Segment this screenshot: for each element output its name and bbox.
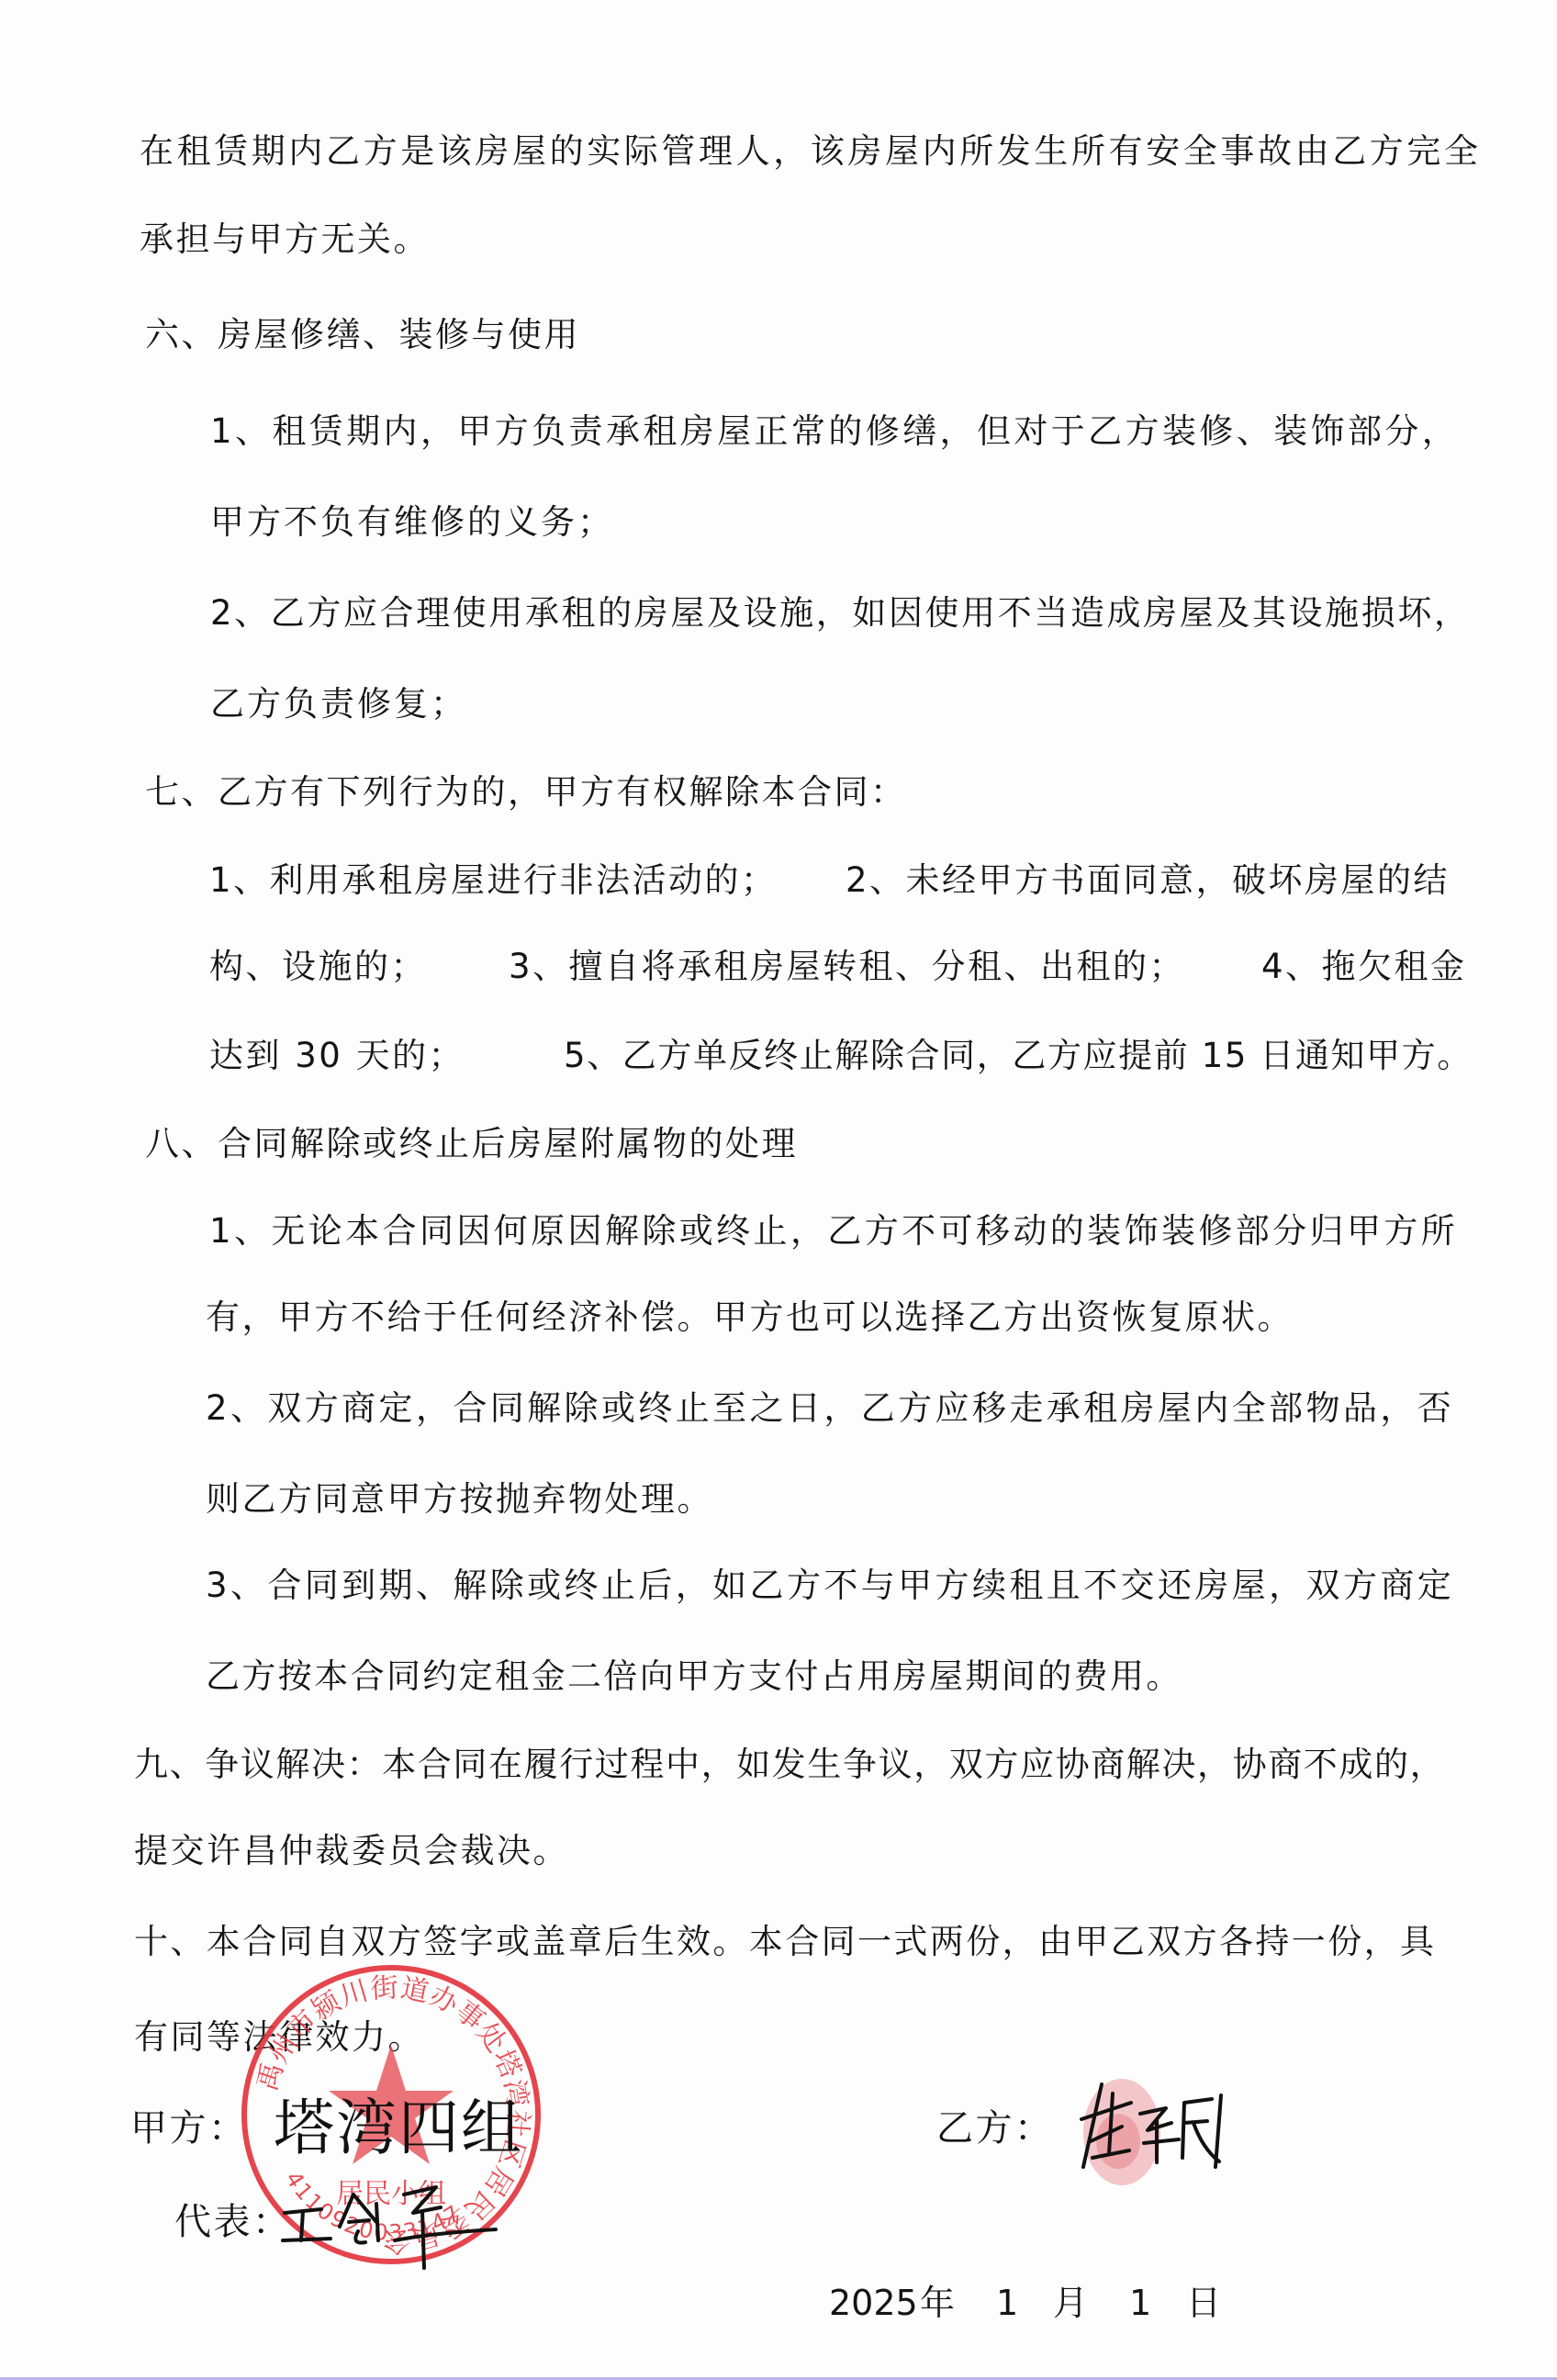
clause-item: 构、设施的； [209, 947, 427, 987]
party-a-label: 甲方： [130, 2106, 248, 2150]
section-heading: 六、房屋修缮、装修与使用 [145, 315, 580, 355]
clause-item: 4、拖欠租金 [1261, 947, 1467, 987]
paragraph-line: 1、租赁期内，甲方负责承租房屋正常的修缮，但对于乙方装修、装饰部分， [210, 411, 1459, 452]
date-year-unit: 年 [920, 2283, 955, 2323]
paragraph-line: 十、本合同自双方签字或盖章后生效。本合同一式两份，由甲乙双方各持一份，具 [134, 1922, 1436, 1962]
paragraph-line: 2、乙方应合理使用承租的房屋及设施，如因使用不当造成房屋及其设施损坏， [210, 593, 1471, 634]
paragraph-line: 1、无论本合同因何原因解除或终止，乙方不可移动的装饰装修部分归甲方所 [209, 1211, 1458, 1252]
paragraph-line: 达到 30 天的； 5、乙方单反终止解除合同，乙方应提前 15 日通知甲方。 [0, 1036, 1557, 1076]
representative-signature [266, 2176, 523, 2277]
section-heading: 七、乙方有下列行为的，甲方有权解除本合同： [145, 772, 907, 813]
section-heading: 八、合同解除或终止后房屋附属物的处理 [145, 1124, 798, 1164]
clause-item: 1、利用承租房屋进行非法活动的； [209, 860, 778, 901]
party-b-signature [1065, 2066, 1230, 2222]
paragraph-line: 提交许昌仲裁委员会裁决。 [134, 1831, 569, 1871]
date-year: 2025 [829, 2283, 918, 2323]
date-month: 1 [996, 2283, 1018, 2323]
clause-item: 5、乙方单反终止解除合同，乙方应提前 15 日通知甲方。 [564, 1036, 1473, 1076]
party-b-label: 乙方： [936, 2106, 1054, 2150]
paragraph-line: 承担与甲方无关。 [140, 219, 430, 260]
clause-item: 达到 30 天的； [209, 1036, 465, 1076]
paragraph-line: 九、争议解决：本合同在履行过程中，如发生争议，双方应协商解决，协商不成的， [134, 1745, 1445, 1785]
date-day-unit: 日 [1186, 2283, 1221, 2323]
paragraph-line: 构、设施的； 3、擅自将承租房屋转租、分租、出租的； 4、拖欠租金 [0, 947, 1557, 987]
clause-item: 2、未经甲方书面同意，破坏房屋的结 [846, 860, 1450, 901]
paragraph-line: 甲方不负有维修的义务； [210, 502, 614, 543]
paragraph-line: 有，甲方不给于任何经济补偿。甲方也可以选择乙方出资恢复原状。 [206, 1297, 1294, 1338]
clause-item: 3、擅自将承租房屋转租、分租、出租的； [509, 947, 1185, 987]
paragraph-line: 在租赁期内乙方是该房屋的实际管理人，该房屋内所发生所有安全事故由乙方完全 [140, 131, 1482, 172]
paragraph-line: 1、利用承租房屋进行非法活动的； 2、未经甲方书面同意，破坏房屋的结 [0, 860, 1557, 901]
paragraph-line: 2、双方商定，合同解除或终止至之日，乙方应移走承租房屋内全部物品，否 [206, 1388, 1454, 1429]
date-month-unit: 月 [1053, 2283, 1088, 2323]
contract-page: 在租赁期内乙方是该房屋的实际管理人，该房屋内所发生所有安全事故由乙方完全 承担与… [0, 0, 1557, 2380]
party-a-name: 塔湾四组 [274, 2094, 523, 2163]
paragraph-line: 乙方负责修复； [210, 684, 467, 724]
paragraph-line: 则乙方同意甲方按抛弃物处理。 [206, 1479, 713, 1520]
date-day: 1 [1129, 2283, 1151, 2323]
paragraph-line: 3、合同到期、解除或终止后，如乙方不与甲方续租且不交还房屋，双方商定 [206, 1566, 1454, 1606]
paragraph-line: 乙方按本合同约定租金二倍向甲方支付占用房屋期间的费用。 [206, 1656, 1182, 1697]
